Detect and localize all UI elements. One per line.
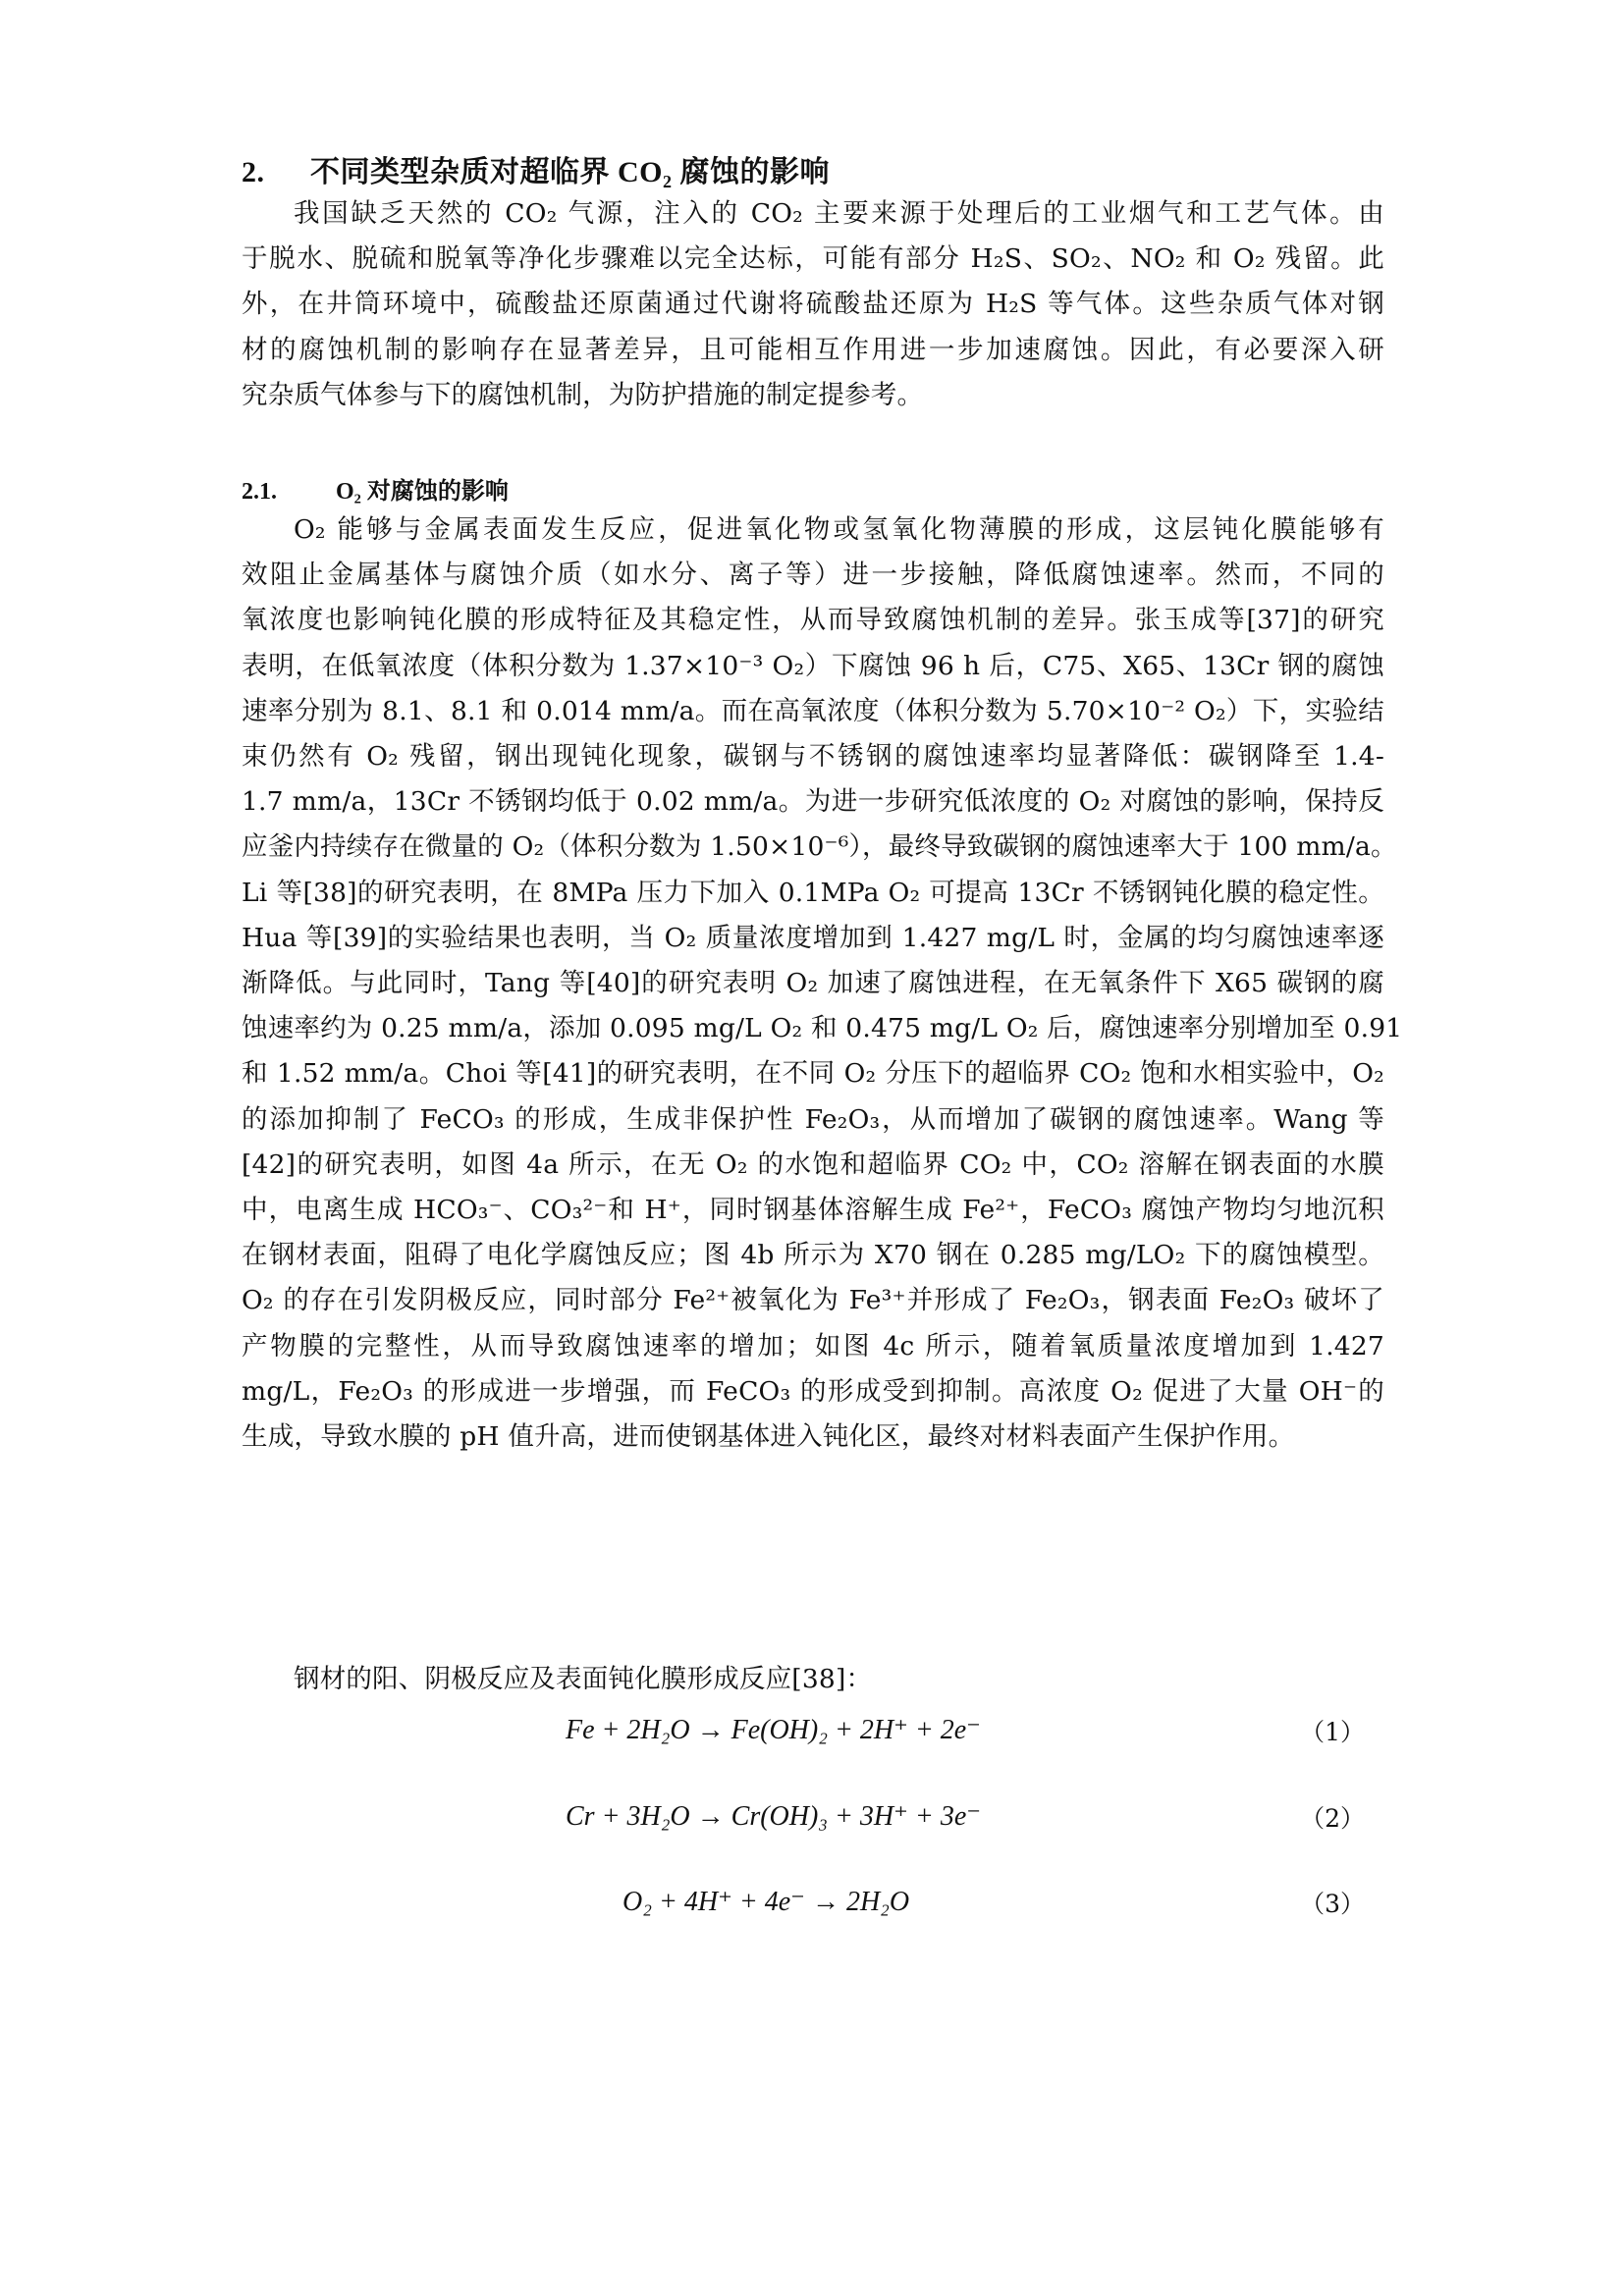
text-line: 材的腐蚀机制的影响存在显著差异，且可能相互作用进一步加速腐蚀。因此，有必要深入研 — [242, 328, 1384, 373]
text-line: 蚀速率约为 0.25 mm/a，添加 0.095 mg/L O₂ 和 0.475… — [242, 1006, 1384, 1051]
text-line: 在钢材表面，阻碍了电化学腐蚀反应；图 4b 所示为 X70 钢在 0.285 m… — [242, 1233, 1384, 1278]
text-line: 表明，在低氧浓度（体积分数为 1.37×10⁻³ O₂）下腐蚀 96 h 后，C… — [242, 644, 1384, 689]
text-line: 应釜内持续存在微量的 O₂（体积分数为 1.50×10⁻⁶），最终导致碳钢的腐蚀… — [242, 825, 1384, 870]
equation-number: （2） — [1300, 1799, 1365, 1835]
text-line: Hua 等[39]的实验结果也表明，当 O₂ 质量浓度增加到 1.427 mg/… — [242, 916, 1384, 961]
text-line: Li 等[38]的研究表明，在 8MPa 压力下加入 0.1MPa O₂ 可提高… — [242, 871, 1384, 916]
equation-expression: Fe + 2H₂O → Fe(OH)₂ + 2H⁺ + 2e⁻ — [566, 1713, 981, 1746]
equation-2: Cr + 3H₂O → Cr(OH)₃ + 3H⁺ + 3e⁻ （2） — [242, 1799, 1384, 1848]
equation-expression: O₂ + 4H⁺ + 4e⁻ → 2H₂O — [623, 1885, 909, 1918]
section-number: 2. — [242, 156, 310, 189]
text-line: 钢材的阳、阴极反应及表面钝化膜形成反应[38]： — [242, 1657, 1384, 1702]
equation-number: （1） — [1300, 1713, 1365, 1748]
text-line: 于脱水、脱硫和脱氧等净化步骤难以完全达标，可能有部分 H₂S、SO₂、NO₂ 和… — [242, 237, 1384, 282]
text-line: 究杂质气体参与下的腐蚀机制，为防护措施的制定提参考。 — [242, 373, 1384, 418]
text-line: 1.7 mm/a，13Cr 不锈钢均低于 0.02 mm/a。为进一步研究低浓度… — [242, 779, 1384, 825]
text-line: mg/L，Fe₂O₃ 的形成进一步增强，而 FeCO₃ 的形成受到抑制。高浓度 … — [242, 1369, 1384, 1415]
text-line: [42]的研究表明，如图 4a 所示，在无 O₂ 的水饱和超临界 CO₂ 中，C… — [242, 1143, 1384, 1188]
text-line: 束仍然有 O₂ 残留，钢出现钝化现象，碳钢与不锈钢的腐蚀速率均显著降低：碳钢降至… — [242, 734, 1384, 779]
equation-expression: Cr + 3H₂O → Cr(OH)₃ + 3H⁺ + 3e⁻ — [566, 1799, 981, 1833]
reaction-intro: 钢材的阳、阴极反应及表面钝化膜形成反应[38]： — [242, 1657, 1384, 1702]
text-line: 速率分别为 8.1、8.1 和 0.014 mm/a。而在高氧浓度（体积分数为 … — [242, 689, 1384, 734]
equation-3: O₂ + 4H⁺ + 4e⁻ → 2H₂O （3） — [242, 1885, 1384, 1934]
text-line: O₂ 的存在引发阴极反应，同时部分 Fe²⁺被氧化为 Fe³⁺并形成了 Fe₂O… — [242, 1278, 1384, 1323]
equation-number: （3） — [1300, 1885, 1365, 1920]
text-line: 产物膜的完整性，从而导致腐蚀速率的增加；如图 4c 所示，随着氧质量浓度增加到 … — [242, 1324, 1384, 1369]
text-line: 外，在井筒环境中，硫酸盐还原菌通过代谢将硫酸盐还原为 H₂S 等气体。这些杂质气… — [242, 282, 1384, 327]
text-line: 效阻止金属基体与腐蚀介质（如水分、离子等）进一步接触，降低腐蚀速率。然而，不同的 — [242, 553, 1384, 598]
equation-1: Fe + 2H₂O → Fe(OH)₂ + 2H⁺ + 2e⁻ （1） — [242, 1713, 1384, 1762]
subsection-number: 2.1. — [242, 479, 336, 506]
section-title: 不同类型杂质对超临界 CO₂ 腐蚀的影响 — [310, 156, 830, 188]
o2-paragraph: O₂ 能够与金属表面发生反应，促进氧化物或氢氧化物薄膜的形成，这层钝化膜能够有 … — [242, 507, 1384, 1460]
subsection-heading: 2.1.O₂ 对腐蚀的影响 — [242, 471, 509, 506]
text-line: 和 1.52 mm/a。Choi 等[41]的研究表明，在不同 O₂ 分压下的超… — [242, 1051, 1384, 1096]
text-line: 的添加抑制了 FeCO₃ 的形成，生成非保护性 Fe₂O₃，从而增加了碳钢的腐蚀… — [242, 1097, 1384, 1143]
text-line: 中，电离生成 HCO₃⁻、CO₃²⁻和 H⁺，同时钢基体溶解生成 Fe²⁺，Fe… — [242, 1188, 1384, 1233]
text-line: O₂ 能够与金属表面发生反应，促进氧化物或氢氧化物薄膜的形成，这层钝化膜能够有 — [242, 507, 1384, 553]
intro-paragraph: 我国缺乏天然的 CO₂ 气源，注入的 CO₂ 主要来源于处理后的工业烟气和工艺气… — [242, 191, 1384, 418]
text-line: 渐降低。与此同时，Tang 等[40]的研究表明 O₂ 加速了腐蚀进程，在无氧条… — [242, 961, 1384, 1006]
text-line: 我国缺乏天然的 CO₂ 气源，注入的 CO₂ 主要来源于处理后的工业烟气和工艺气… — [242, 191, 1384, 237]
text-line: 生成，导致水膜的 pH 值升高，进而使钢基体进入钝化区，最终对材料表面产生保护作… — [242, 1415, 1384, 1460]
subsection-title: O₂ 对腐蚀的影响 — [336, 479, 509, 505]
section-heading: 2.不同类型杂质对超临界 CO₂ 腐蚀的影响 — [242, 147, 830, 190]
text-line: 氧浓度也影响钝化膜的形成特征及其稳定性，从而导致腐蚀机制的差异。张玉成等[37]… — [242, 598, 1384, 643]
